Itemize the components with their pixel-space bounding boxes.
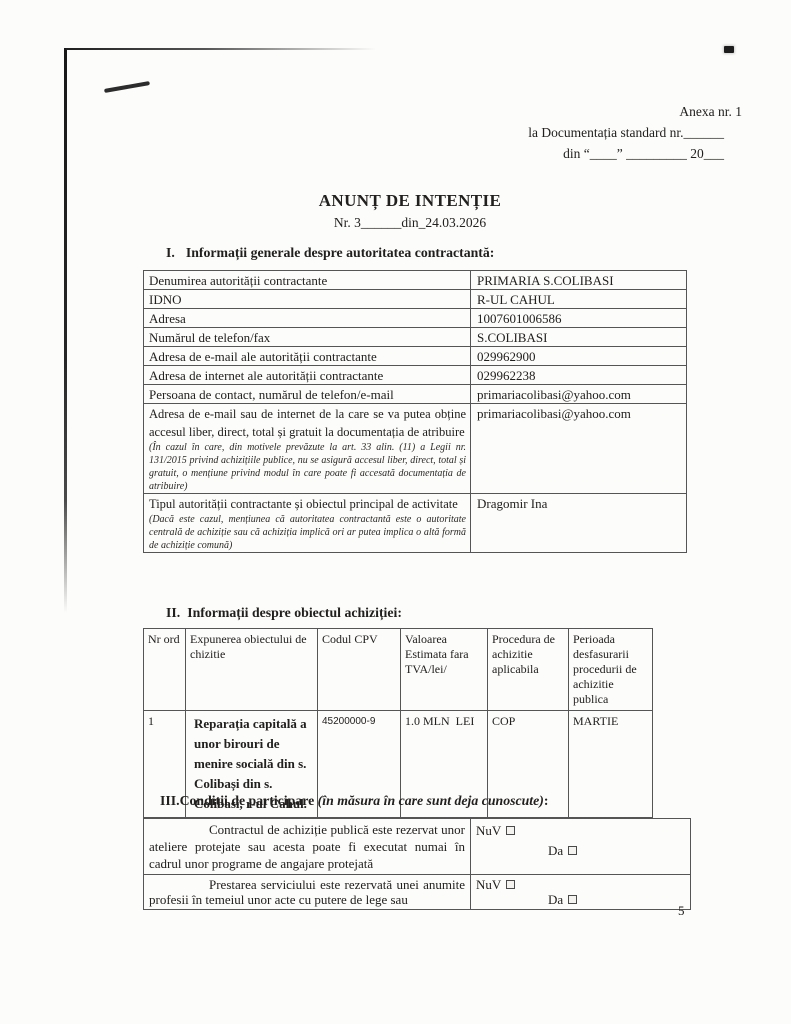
scan-edge-vertical-line xyxy=(64,48,67,613)
condition-text: Prestarea serviciului este rezervată une… xyxy=(144,875,471,910)
table-row: Prestarea serviciului este rezervată une… xyxy=(144,875,691,910)
row-label-note: (Dacă este cazul, mențiunea că autoritat… xyxy=(149,513,466,552)
title-block: ANUNȚ DE INTENȚIE Nr. 3______din_24.03.2… xyxy=(20,191,791,231)
section-3-title: Condiții de participare xyxy=(180,793,318,808)
section-3-heading: III.Condiții de participare (în măsura î… xyxy=(160,793,548,809)
row-label: Denumirea autorității contractante xyxy=(144,271,471,290)
option-da-label: Da xyxy=(548,892,563,907)
document-title: ANUNȚ DE INTENȚIE xyxy=(20,191,791,211)
row-value: S.COLIBASI xyxy=(471,328,687,347)
annex-line-3: din “____” _________ 20___ xyxy=(430,143,742,164)
column-header: Codul CPV xyxy=(318,629,401,711)
row-label-note: (În cazul în care, din motivele prevăzut… xyxy=(149,441,466,493)
row-label: Adresa de e-mail sau de internet de la c… xyxy=(144,404,471,494)
table-row: Adresa de internet ale autorității contr… xyxy=(144,366,687,385)
column-header: Perioada desfasurarii procedurii de achi… xyxy=(569,629,653,711)
row-value: 029962238 xyxy=(471,366,687,385)
row-label: IDNO xyxy=(144,290,471,309)
row-label: Numărul de telefon/fax xyxy=(144,328,471,347)
condition-options: NuV Da xyxy=(471,875,691,910)
cell-period: MARTIE xyxy=(569,711,653,818)
page-number: 5 xyxy=(678,903,685,919)
row-value: R-UL CAHUL xyxy=(471,290,687,309)
table-header-row: Nr ord Expunerea obiectului de chizitie … xyxy=(144,629,653,711)
row-value: PRIMARIA S.COLIBASI xyxy=(471,271,687,290)
section-2-number: II. xyxy=(166,605,180,620)
scanned-document-page: Anexa nr. 1 la Documentația standard nr.… xyxy=(0,0,791,1024)
annex-line-1: Anexa nr. 1 xyxy=(430,101,742,122)
row-label: Adresa xyxy=(144,309,471,328)
condition-options: NuV Da xyxy=(471,819,691,875)
table-row: Contractul de achiziție publică este rez… xyxy=(144,819,691,875)
document-subtitle: Nr. 3______din_24.03.2026 xyxy=(20,215,791,231)
row-label: Adresa de e-mail ale autorității contrac… xyxy=(144,347,471,366)
procurement-object-table: Nr ord Expunerea obiectului de chizitie … xyxy=(143,628,653,818)
checkbox-nu-icon xyxy=(506,826,515,835)
column-header: Procedura de achizitie aplicabila xyxy=(488,629,569,711)
checkbox-nu-icon xyxy=(506,880,515,889)
table-row: Adresa de e-mail ale autorității contrac… xyxy=(144,347,687,366)
checkbox-da-icon xyxy=(568,846,577,855)
column-header: Nr ord xyxy=(144,629,186,711)
option-da-label: Da xyxy=(548,843,563,858)
option-nu: NuV xyxy=(476,877,685,892)
row-value: 1007601006586 xyxy=(471,309,687,328)
table-row: IDNOR-UL CAHUL xyxy=(144,290,687,309)
scan-edge-horizontal-line xyxy=(66,48,376,50)
table-row: Numărul de telefon/faxS.COLIBASI xyxy=(144,328,687,347)
row-label: Tipul autorității contractante și obiect… xyxy=(144,494,471,553)
row-label-text: Adresa de e-mail sau de internet de la c… xyxy=(149,405,466,441)
pen-stroke-mark xyxy=(104,81,150,93)
row-value: primariacolibasi@yahoo.com xyxy=(471,404,687,494)
column-header: Valoarea Estimata fara TVA/lei/ xyxy=(401,629,488,711)
section-1-title: Informații generale despre autoritatea c… xyxy=(186,245,495,260)
table-row: Tipul autorității contractante și obiect… xyxy=(144,494,687,553)
section-3-number: III. xyxy=(160,793,180,808)
section-1-number: I. xyxy=(166,245,175,260)
general-info-table: Denumirea autorității contractantePRIMAR… xyxy=(143,270,687,553)
row-label-text: Tipul autorității contractante și obiect… xyxy=(149,495,466,513)
option-da: Da xyxy=(548,841,685,861)
annex-line-2: la Documentația standard nr.______ xyxy=(430,122,742,143)
row-label: Persoana de contact, numărul de telefon/… xyxy=(144,385,471,404)
table-row: Persoana de contact, numărul de telefon/… xyxy=(144,385,687,404)
section-2-title: Informații despre obiectul achiziției: xyxy=(187,605,402,620)
scan-artifact-dot xyxy=(724,46,734,53)
option-nu: NuV xyxy=(476,821,685,841)
condition-text: Contractul de achiziție publică este rez… xyxy=(144,819,471,875)
option-nu-label: NuV xyxy=(476,823,501,838)
section-2-heading: II.Informații despre obiectul achiziției… xyxy=(166,605,402,621)
section-1-heading: I.Informații generale despre autoritatea… xyxy=(166,245,494,261)
annex-header: Anexa nr. 1 la Documentația standard nr.… xyxy=(430,101,742,164)
column-header: Expunerea obiectului de chizitie xyxy=(186,629,318,711)
option-da: Da xyxy=(548,892,685,907)
conditions-table: Contractul de achiziție publică este rez… xyxy=(143,818,691,910)
row-value: Dragomir Ina xyxy=(471,494,687,553)
table-row: Adresa de e-mail sau de internet de la c… xyxy=(144,404,687,494)
row-value: 029962900 xyxy=(471,347,687,366)
table-row: Denumirea autorității contractantePRIMAR… xyxy=(144,271,687,290)
checkbox-da-icon xyxy=(568,895,577,904)
option-nu-label: NuV xyxy=(476,877,501,892)
row-label: Adresa de internet ale autorității contr… xyxy=(144,366,471,385)
row-value: primariacolibasi@yahoo.com xyxy=(471,385,687,404)
table-row: Adresa1007601006586 xyxy=(144,309,687,328)
section-3-title-italic: (în măsura în care sunt deja cunoscute) xyxy=(318,793,544,808)
section-3-colon: : xyxy=(544,793,549,808)
